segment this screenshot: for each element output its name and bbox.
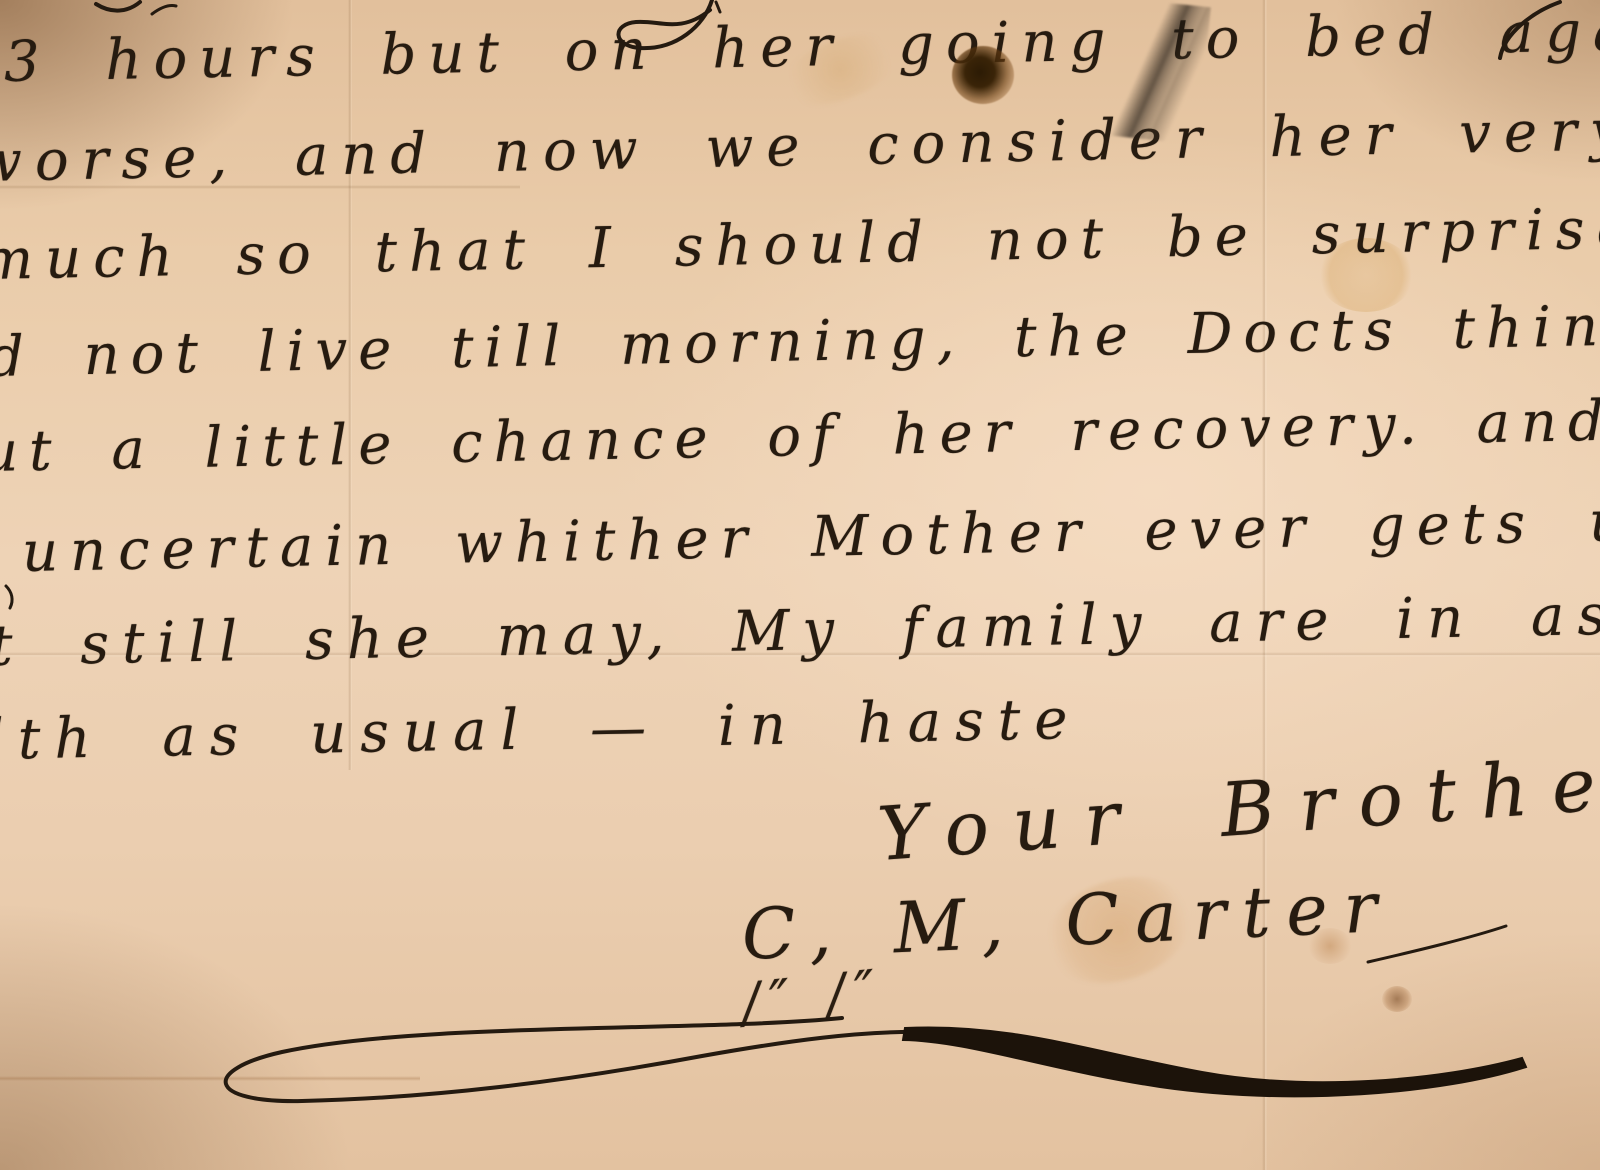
ink-blot [952,46,1014,104]
signature-paraph-stroke [903,1027,1526,1096]
letter-closing: Your Brother [875,736,1600,878]
handwritten-letter-photo: 3 hours but on her going to bed again wo… [0,0,1600,1170]
signature-flourish-marks: /″ /″ [739,957,889,1035]
letter-line: much so that I should not be surprised [0,195,1600,293]
pen-stroke-top-left-2 [152,5,176,14]
letter-line: worse, and now we consider her very dan [0,94,1600,195]
letter-line: 3 hours but on her going to bed again [3,0,1600,95]
ink-smudge [1101,0,1211,145]
signature-paraph-loop [226,1018,922,1101]
letter-line: lth as usual — in haste [0,687,1082,773]
letter-line: uncertain whither Mother ever gets up [21,488,1600,585]
fold-crease-horizontal [0,1076,420,1081]
letter-signature: C, M, Carter [740,866,1394,976]
paper-stain [1382,986,1412,1012]
stray-tick [6,586,12,608]
letter-line: t still she may, My family are in as [0,583,1600,679]
cutoff-flourish-top-tick [716,2,720,12]
letter-line: ut a little chance of her recovery. and [0,389,1600,485]
fold-crease-vertical [1262,0,1267,1170]
pen-stroke-top-left [96,2,140,11]
letter-line: d not live till morning, the Docts think [0,293,1600,390]
